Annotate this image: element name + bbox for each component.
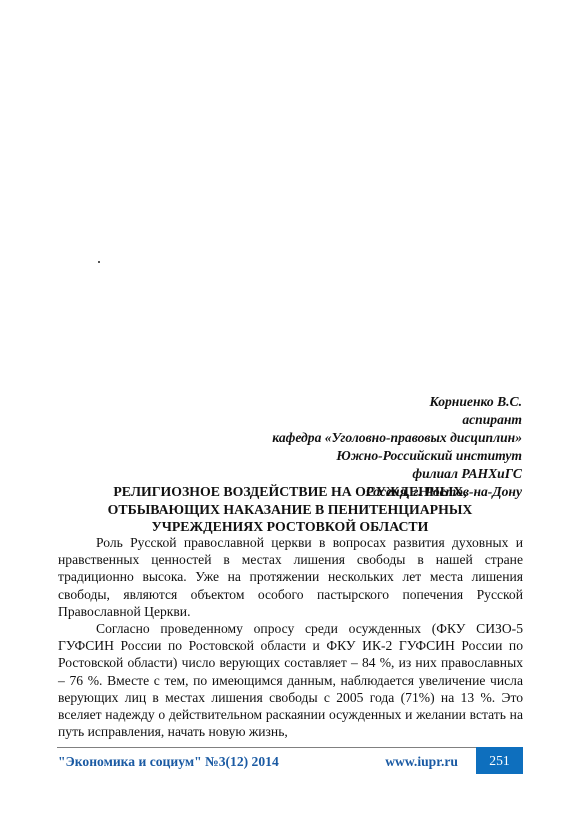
journal-citation: "Экономика и социум" №3(12) 2014	[58, 754, 279, 770]
website-link[interactable]: www.iupr.ru	[385, 754, 458, 770]
article-body: Роль Русской православной церкви в вопро…	[58, 534, 523, 740]
author-department: кафедра «Уголовно-правовых дисциплин»	[272, 429, 522, 447]
author-branch: филиал РАНХиГС	[272, 465, 522, 483]
article-title: РЕЛИГИОЗНОЕ ВОЗДЕЙСТВИЕ НА ОСУЖДЕННЫХ, О…	[58, 483, 522, 536]
title-line: РЕЛИГИОЗНОЕ ВОЗДЕЙСТВИЕ НА ОСУЖДЕННЫХ,	[58, 483, 522, 501]
author-institute: Южно-Российский институт	[272, 447, 522, 465]
page-number-badge: 251	[476, 747, 523, 774]
footer-divider	[57, 747, 523, 748]
stray-mark	[98, 261, 100, 263]
title-line: ОТБЫВАЮЩИХ НАКАЗАНИЕ В ПЕНИТЕНЦИАРНЫХ	[58, 501, 522, 519]
paragraph: Роль Русской православной церкви в вопро…	[58, 534, 523, 620]
author-position: аспирант	[272, 411, 522, 429]
page-footer: "Экономика и социум" №3(12) 2014 www.iup…	[58, 754, 523, 774]
paragraph: Согласно проведенному опросу среди осужд…	[58, 620, 523, 740]
title-line: УЧРЕЖДЕНИЯХ РОСТОВКОЙ ОБЛАСТИ	[58, 518, 522, 536]
author-name: Корниенко В.С.	[272, 393, 522, 411]
